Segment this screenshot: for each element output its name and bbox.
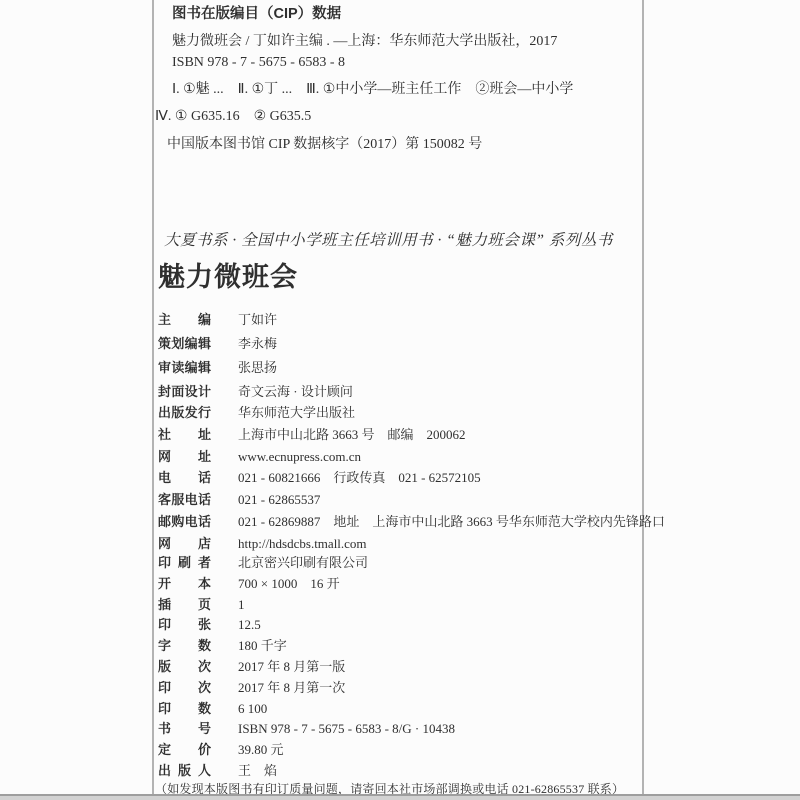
left-border-rule	[152, 0, 154, 794]
info-row-value: 021 - 62869887 地址 上海市中山北路 3663 号华东师范大学校内…	[238, 511, 665, 533]
info-row-value: 700 × 1000 16 开	[238, 574, 340, 595]
info-row: 客服电话021 - 62865537	[158, 489, 665, 511]
info-row-value: 2017 年 8 月第一次	[238, 678, 345, 699]
info-row-value: 1	[238, 595, 245, 616]
info-row-label: 社址	[158, 424, 211, 446]
info-row-label: 版次	[158, 657, 211, 678]
book-title: 魅力微班会	[158, 255, 298, 294]
info-row: 印刷者北京密兴印刷有限公司	[158, 553, 455, 574]
info-row-label: 出版人	[158, 761, 211, 781]
info-row-label: 客服电话	[158, 489, 211, 511]
book-copyright-page: 图书在版编目（CIP）数据 魅力微班会 / 丁如许主编 . —上海：华东师范大学…	[0, 0, 800, 800]
info-row-label: 书号	[158, 719, 211, 740]
info-row-label: 策划编辑	[158, 332, 211, 356]
series-title: 大夏书系 · 全国中小学班主任培训用书 · “魅力班会课” 系列丛书	[164, 228, 613, 250]
info-row-value: 12.5	[238, 615, 261, 636]
info-row-value: http://hdsdcbs.tmall.com	[238, 533, 367, 555]
info-row-label: 开本	[158, 574, 211, 595]
info-row: 印数6 100	[158, 699, 455, 720]
info-row-value: 021 - 60821666 行政传真 021 - 62572105	[238, 467, 481, 489]
info-row-value: 奇文云海 · 设计顾问	[238, 380, 353, 404]
cip-data-block: 图书在版编目（CIP）数据 魅力微班会 / 丁如许主编 . —上海：华东师范大学…	[172, 5, 636, 154]
info-row: 邮购电话021 - 62869887 地址 上海市中山北路 3663 号华东师范…	[158, 511, 665, 533]
info-row: 网店http://hdsdcbs.tmall.com	[158, 533, 665, 555]
info-row: 网址www.ecnupress.com.cn	[158, 446, 665, 468]
info-row: 封面设计奇文云海 · 设计顾问	[158, 380, 353, 404]
publisher-contact-section: 出版发行华东师范大学出版社 社址上海市中山北路 3663 号 邮编 200062…	[158, 402, 665, 555]
bottom-border-rule	[0, 794, 800, 800]
info-row-label: 插页	[158, 595, 211, 616]
info-row: 印次2017 年 8 月第一次	[158, 678, 455, 699]
info-row: 社址上海市中山北路 3663 号 邮编 200062	[158, 424, 665, 446]
info-row-value: 李永梅	[238, 332, 277, 356]
info-row-value: 上海市中山北路 3663 号 邮编 200062	[238, 424, 466, 446]
info-row-value: 张思扬	[238, 356, 277, 380]
info-row: 电话021 - 60821666 行政传真 021 - 62572105	[158, 467, 665, 489]
info-row-label: 印数	[158, 699, 211, 720]
editorial-staff-section: 主编丁如许 策划编辑李永梅 审读编辑张思扬 封面设计奇文云海 · 设计顾问	[158, 308, 353, 404]
cip-isbn: ISBN 978 - 7 - 5675 - 6583 - 8	[172, 53, 636, 72]
info-row-label: 印刷者	[158, 553, 211, 574]
info-row: 字数180 千字	[158, 636, 455, 657]
info-row-label: 网址	[158, 446, 211, 468]
info-row-label: 印张	[158, 615, 211, 636]
info-row-label: 主编	[158, 308, 211, 332]
info-row-value: 2017 年 8 月第一版	[238, 657, 345, 678]
info-row-value: 021 - 62865537	[238, 489, 320, 511]
printing-info-section: 印刷者北京密兴印刷有限公司 开本700 × 1000 16 开 插页1 印张12…	[158, 553, 455, 761]
info-row: 开本700 × 1000 16 开	[158, 574, 455, 595]
info-row-value: 华东师范大学出版社	[238, 402, 355, 424]
info-row: 出版人王 焰	[158, 761, 277, 781]
info-row-label: 定价	[158, 740, 211, 761]
info-row-value: 180 千字	[238, 636, 287, 657]
info-row-label: 印次	[158, 678, 211, 699]
info-row: 印张12.5	[158, 615, 455, 636]
info-row: 策划编辑李永梅	[158, 332, 353, 356]
cip-class-codes: Ⅳ. ① G635.16 ② G635.5	[155, 107, 636, 126]
info-row-value: 北京密兴印刷有限公司	[238, 553, 368, 574]
info-row-label: 封面设计	[158, 380, 211, 404]
publisher-person-section: 出版人王 焰	[158, 761, 277, 781]
cip-description: 魅力微班会 / 丁如许主编 . —上海：华东师范大学出版社，2017	[172, 32, 636, 51]
info-row-label: 出版发行	[158, 402, 211, 424]
info-row: 审读编辑张思扬	[158, 356, 353, 380]
info-row: 版次2017 年 8 月第一版	[158, 657, 455, 678]
info-row-value: ISBN 978 - 7 - 5675 - 6583 - 8/G · 10438	[238, 719, 455, 740]
info-row: 定价39.80 元	[158, 740, 455, 761]
cip-classification: Ⅰ. ①魅 ... Ⅱ. ①丁 ... Ⅲ. ①中小学—班主任工作 ②班会—中小…	[172, 80, 636, 99]
info-row-label: 邮购电话	[158, 511, 211, 533]
info-row: 主编丁如许	[158, 308, 353, 332]
info-row-value: 39.80 元	[238, 740, 284, 761]
info-row-value: 6 100	[238, 699, 267, 720]
info-row-label: 审读编辑	[158, 356, 211, 380]
info-row-value: 王 焰	[238, 761, 277, 781]
info-row: 书号ISBN 978 - 7 - 5675 - 6583 - 8/G · 104…	[158, 719, 455, 740]
right-border-rule	[642, 0, 644, 794]
info-row-label: 网店	[158, 533, 211, 555]
cip-title: 图书在版编目（CIP）数据	[172, 5, 636, 24]
cip-record-number: 中国版本图书馆 CIP 数据核字（2017）第 150082 号	[167, 135, 636, 154]
info-row: 插页1	[158, 595, 455, 616]
info-row-value: www.ecnupress.com.cn	[238, 446, 361, 468]
info-row: 出版发行华东师范大学出版社	[158, 402, 665, 424]
info-row-value: 丁如许	[238, 308, 277, 332]
info-row-label: 电话	[158, 467, 211, 489]
info-row-label: 字数	[158, 636, 211, 657]
